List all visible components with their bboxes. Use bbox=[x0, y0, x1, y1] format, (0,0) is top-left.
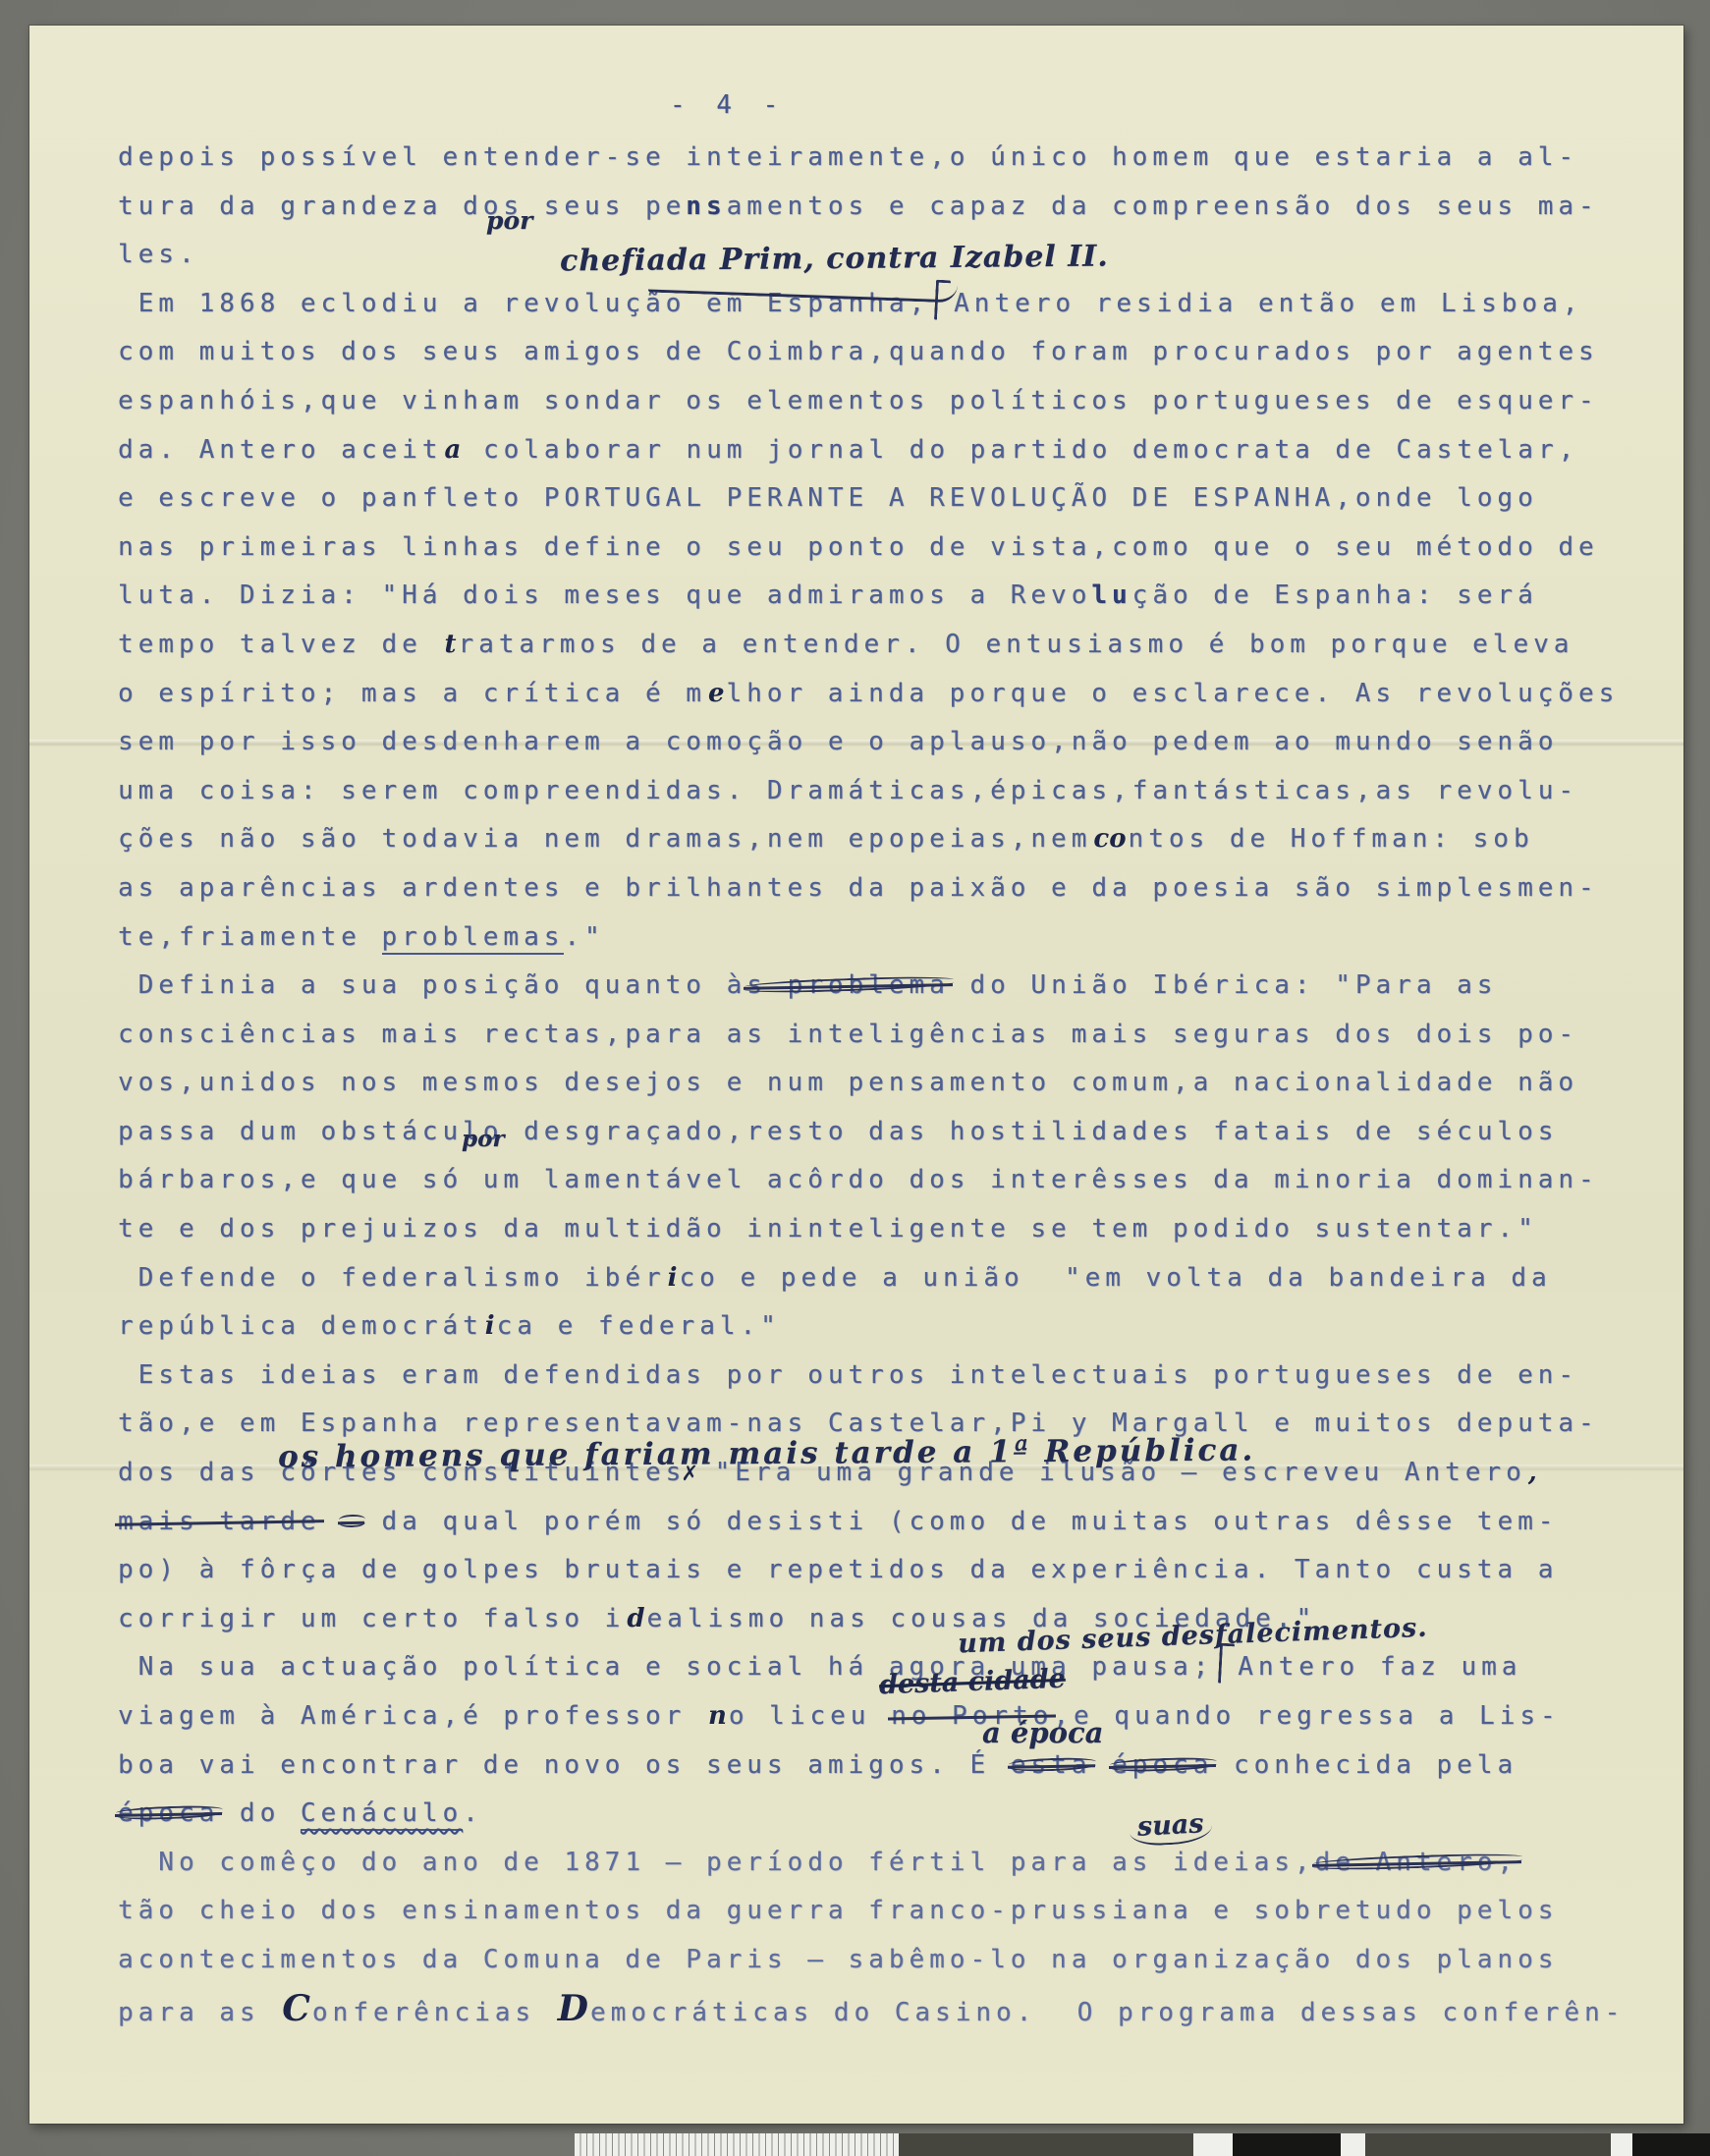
typed-text: as aparências ardentes e brilhantes da p… bbox=[118, 873, 1599, 903]
typed-line: sem por isso desdenharem a comoção e o a… bbox=[118, 718, 1665, 767]
handwritten-annotation-chefiada-prim: chefiada Prim, contra Izabel II. bbox=[560, 240, 1109, 279]
struck-text: época bbox=[118, 1790, 219, 1839]
scale-segment bbox=[1365, 2133, 1611, 2156]
typed-text: tão,e em Espanha representavam-nas Caste… bbox=[118, 1409, 1599, 1438]
typed-text: do bbox=[219, 1798, 301, 1828]
typed-text: onferências bbox=[312, 1998, 556, 2027]
photo-scale-bar bbox=[575, 2133, 1710, 2156]
typed-line: bárbaros,e que só um lamentável acôrdo d… bbox=[118, 1156, 1665, 1205]
typed-text: viagem à América,é professor bbox=[118, 1701, 706, 1731]
typed-text: luta. Dizia: "Há dois meses que admiramo… bbox=[118, 580, 1091, 610]
underlined-text: problemas bbox=[382, 922, 565, 955]
typed-line: mais tarde — da qual porém só desisti (c… bbox=[118, 1498, 1665, 1547]
typed-text: e escreve o panfleto PORTUGAL PERANTE A … bbox=[118, 483, 1538, 513]
typed-line: tão cheio dos ensinamentos da guerra fra… bbox=[118, 1887, 1665, 1936]
typed-text: da. Antero aceit bbox=[118, 435, 442, 465]
handwritten-annotation-por: por bbox=[486, 206, 532, 235]
handwritten-comma: , bbox=[1526, 1458, 1539, 1487]
typed-text: . bbox=[463, 1798, 483, 1828]
handwritten-capital: C bbox=[280, 1988, 312, 2029]
scale-segment bbox=[899, 2133, 1193, 2156]
typed-text: ções não são todavia nem dramas,nem epop… bbox=[118, 824, 1091, 854]
typed-line: tempo talvez de tratarmos de a entender.… bbox=[118, 621, 1665, 670]
typed-line: as aparências ardentes e brilhantes da p… bbox=[118, 864, 1665, 913]
handwritten-correction: d bbox=[625, 1604, 646, 1633]
typed-text: tão cheio dos ensinamentos da guerra fra… bbox=[118, 1896, 1558, 1925]
typed-line: te,friamente problemas." bbox=[118, 913, 1665, 963]
handwritten-annotation-homens-republica: os homens que fariam mais tarde a 1ª Rep… bbox=[278, 1433, 1255, 1475]
typed-line: com muitos dos seus amigos de Coimbra,qu… bbox=[118, 328, 1665, 377]
typed-text: boa vai encontrar de novo os seus amigos… bbox=[118, 1750, 1011, 1780]
typed-line: No comêço do ano de 1871 — período férti… bbox=[118, 1839, 1665, 1888]
underlined-text: Cenáculo bbox=[301, 1798, 463, 1831]
typed-line: vos,unidos nos mesmos desejos e num pens… bbox=[118, 1059, 1665, 1108]
typed-text: co e pede a união "em volta da bandeira … bbox=[680, 1263, 1552, 1293]
typed-text: depois possível entender-se inteiramente… bbox=[118, 142, 1578, 172]
typed-line: corrigir um certo falso idealismo nas co… bbox=[118, 1595, 1665, 1644]
typed-text: do União Ibérica: "Para as bbox=[950, 970, 1498, 1000]
typed-line: tura da grandeza dos seus pensamentos e … bbox=[118, 183, 1665, 232]
typed-line: Defende o federalismo ibérico e pede a u… bbox=[118, 1254, 1665, 1303]
typed-text: bárbaros,e que só um lamentável acôrdo d… bbox=[118, 1165, 1599, 1194]
typed-line: depois possível entender-se inteiramente… bbox=[118, 134, 1665, 183]
typed-text: les. bbox=[118, 240, 199, 269]
typed-line: Estas ideias eram defendidas por outros … bbox=[118, 1352, 1665, 1401]
handwritten-correction: n bbox=[706, 1701, 729, 1731]
typed-text: tempo talvez de bbox=[118, 630, 442, 659]
typed-line: espanhóis,que vinham sondar os elementos… bbox=[118, 377, 1665, 426]
typed-text: vos,unidos nos mesmos desejos e num pens… bbox=[118, 1068, 1578, 1097]
typed-text: ,e quando regressa a Lis- bbox=[1053, 1701, 1560, 1731]
typed-line: po) à fôrça de golpes brutais e repetido… bbox=[118, 1546, 1665, 1595]
typed-text: república democrát bbox=[118, 1311, 483, 1341]
struck-text: — bbox=[341, 1498, 361, 1547]
typed-line: boa vai encontrar de novo os seus amigos… bbox=[118, 1741, 1665, 1791]
typed-line: e escreve o panfleto PORTUGAL PERANTE A … bbox=[118, 474, 1665, 524]
typed-line: acontecimentos da Comuna de Paris — sabê… bbox=[118, 1936, 1665, 1985]
typed-line: para as Conferências Democráticas do Cas… bbox=[118, 1985, 1665, 2034]
typed-text: Estas ideias eram defendidas por outros … bbox=[118, 1360, 1578, 1390]
typed-text: ção de Espanha: será bbox=[1132, 580, 1538, 610]
typed-text: ." bbox=[564, 922, 604, 952]
handwritten-correction: t bbox=[442, 630, 458, 659]
typed-text: te e dos prejuizos da multidão inintelig… bbox=[118, 1214, 1538, 1244]
typed-text: No comêço do ano de 1871 — período férti… bbox=[118, 1848, 1315, 1877]
typed-line: nas primeiras linhas define o seu ponto … bbox=[118, 524, 1665, 573]
scale-segment bbox=[1632, 2133, 1710, 2156]
typed-text: uma coisa: serem compreendidas. Dramátic… bbox=[118, 776, 1578, 805]
scale-segment bbox=[1193, 2133, 1233, 2156]
typed-text: conhecida pela bbox=[1213, 1750, 1517, 1780]
scale-segment bbox=[575, 2133, 899, 2156]
typed-text: acontecimentos da Comuna de Paris — sabê… bbox=[118, 1945, 1558, 1974]
typed-text: com muitos dos seus amigos de Coimbra,qu… bbox=[118, 337, 1599, 366]
typed-line: passa dum obstáculo desgraçado,resto das… bbox=[118, 1108, 1665, 1157]
typed-text: sem por isso desdenharem a comoção e o a… bbox=[118, 727, 1558, 756]
handwritten-correction: co bbox=[1091, 824, 1128, 854]
handwritten-annotation-a-epoca: a época bbox=[982, 1716, 1103, 1749]
typed-text: da qual porém só desisti (como de muitas… bbox=[361, 1507, 1559, 1536]
typed-text: corrigir um certo falso i bbox=[118, 1604, 625, 1633]
typed-text: Antero faz uma bbox=[1238, 1652, 1521, 1682]
struck-text: mais tarde bbox=[118, 1498, 321, 1547]
handwritten-capital: D bbox=[556, 1988, 590, 2029]
typed-text: espanhóis,que vinham sondar os elementos… bbox=[118, 386, 1599, 415]
handwritten-correction: i bbox=[483, 1311, 497, 1341]
typed-text: lhor ainda porque o esclarece. As revolu… bbox=[727, 679, 1620, 708]
typed-text-block: depois possível entender-se inteiramente… bbox=[118, 134, 1665, 2033]
typed-text: tura da grandeza dos seus pe bbox=[118, 192, 686, 221]
typed-text: consciências mais rectas,para as intelig… bbox=[118, 1020, 1578, 1049]
typed-text: o liceu bbox=[729, 1701, 891, 1731]
typed-text: amentos e capaz da compreensão dos seus … bbox=[727, 192, 1599, 221]
overstruck-text: lu bbox=[1091, 580, 1131, 610]
typed-line: o espírito; mas a crítica é melhor ainda… bbox=[118, 670, 1665, 719]
typed-line: consciências mais rectas,para as intelig… bbox=[118, 1011, 1665, 1060]
scale-segment bbox=[1611, 2133, 1632, 2156]
handwritten-correction: a bbox=[442, 435, 463, 465]
typed-text: Antero residia então em Lisboa, bbox=[954, 289, 1582, 318]
typed-text: colaborar num jornal do partido democrat… bbox=[463, 435, 1578, 465]
page-number: - 4 - bbox=[670, 90, 786, 120]
typed-text: o espírito; mas a crítica é m bbox=[118, 679, 706, 708]
typed-text: ratarmos de a entender. O entusiasmo é b… bbox=[458, 630, 1573, 659]
typed-text: ntos de Hoffman: sob bbox=[1129, 824, 1534, 854]
typed-line: da. Antero aceita colaborar num jornal d… bbox=[118, 426, 1665, 475]
typed-text: passa dum obstáculo desgraçado,resto das… bbox=[118, 1117, 1558, 1146]
typed-text: te,friamente bbox=[118, 922, 382, 952]
handwritten-annotation-desta-cidade: desta cidade bbox=[879, 1664, 1067, 1701]
struck-text: época bbox=[1112, 1741, 1213, 1791]
handwritten-annotation-por: por bbox=[462, 1126, 505, 1152]
scale-segment bbox=[1341, 2133, 1365, 2156]
typed-line: época do Cenáculo. bbox=[118, 1790, 1665, 1839]
struck-text: s problema bbox=[746, 962, 950, 1011]
typed-line: Definia a sua posição quanto às problema… bbox=[118, 962, 1665, 1011]
typed-line: luta. Dizia: "Há dois meses que admiramo… bbox=[118, 572, 1665, 621]
handwritten-correction: i bbox=[666, 1263, 680, 1293]
document-page: - 4 - depois possível entender-se inteir… bbox=[29, 26, 1683, 2124]
typed-text: Definia a sua posição quanto à bbox=[118, 970, 746, 1000]
typed-text: ca e federal." bbox=[497, 1311, 781, 1341]
typed-text: nas primeiras linhas define o seu ponto … bbox=[118, 532, 1599, 562]
struck-text: de Antero, bbox=[1315, 1839, 1518, 1888]
handwritten-correction: e bbox=[706, 679, 727, 708]
typed-text: emocráticas do Casino. O programa dessas… bbox=[590, 1998, 1625, 2027]
overstruck-text: ns bbox=[686, 192, 726, 221]
typed-line: república democrática e federal." bbox=[118, 1302, 1665, 1352]
scale-segment bbox=[1233, 2133, 1341, 2156]
typed-text: po) à fôrça de golpes brutais e repetido… bbox=[118, 1555, 1558, 1584]
typed-text: Defende o federalismo ibér bbox=[118, 1263, 666, 1293]
typed-line: ções não são todavia nem dramas,nem epop… bbox=[118, 815, 1665, 864]
typed-text: para as bbox=[118, 1998, 280, 2027]
typed-line: te e dos prejuizos da multidão inintelig… bbox=[118, 1205, 1665, 1254]
typed-line: uma coisa: serem compreendidas. Dramátic… bbox=[118, 767, 1665, 816]
